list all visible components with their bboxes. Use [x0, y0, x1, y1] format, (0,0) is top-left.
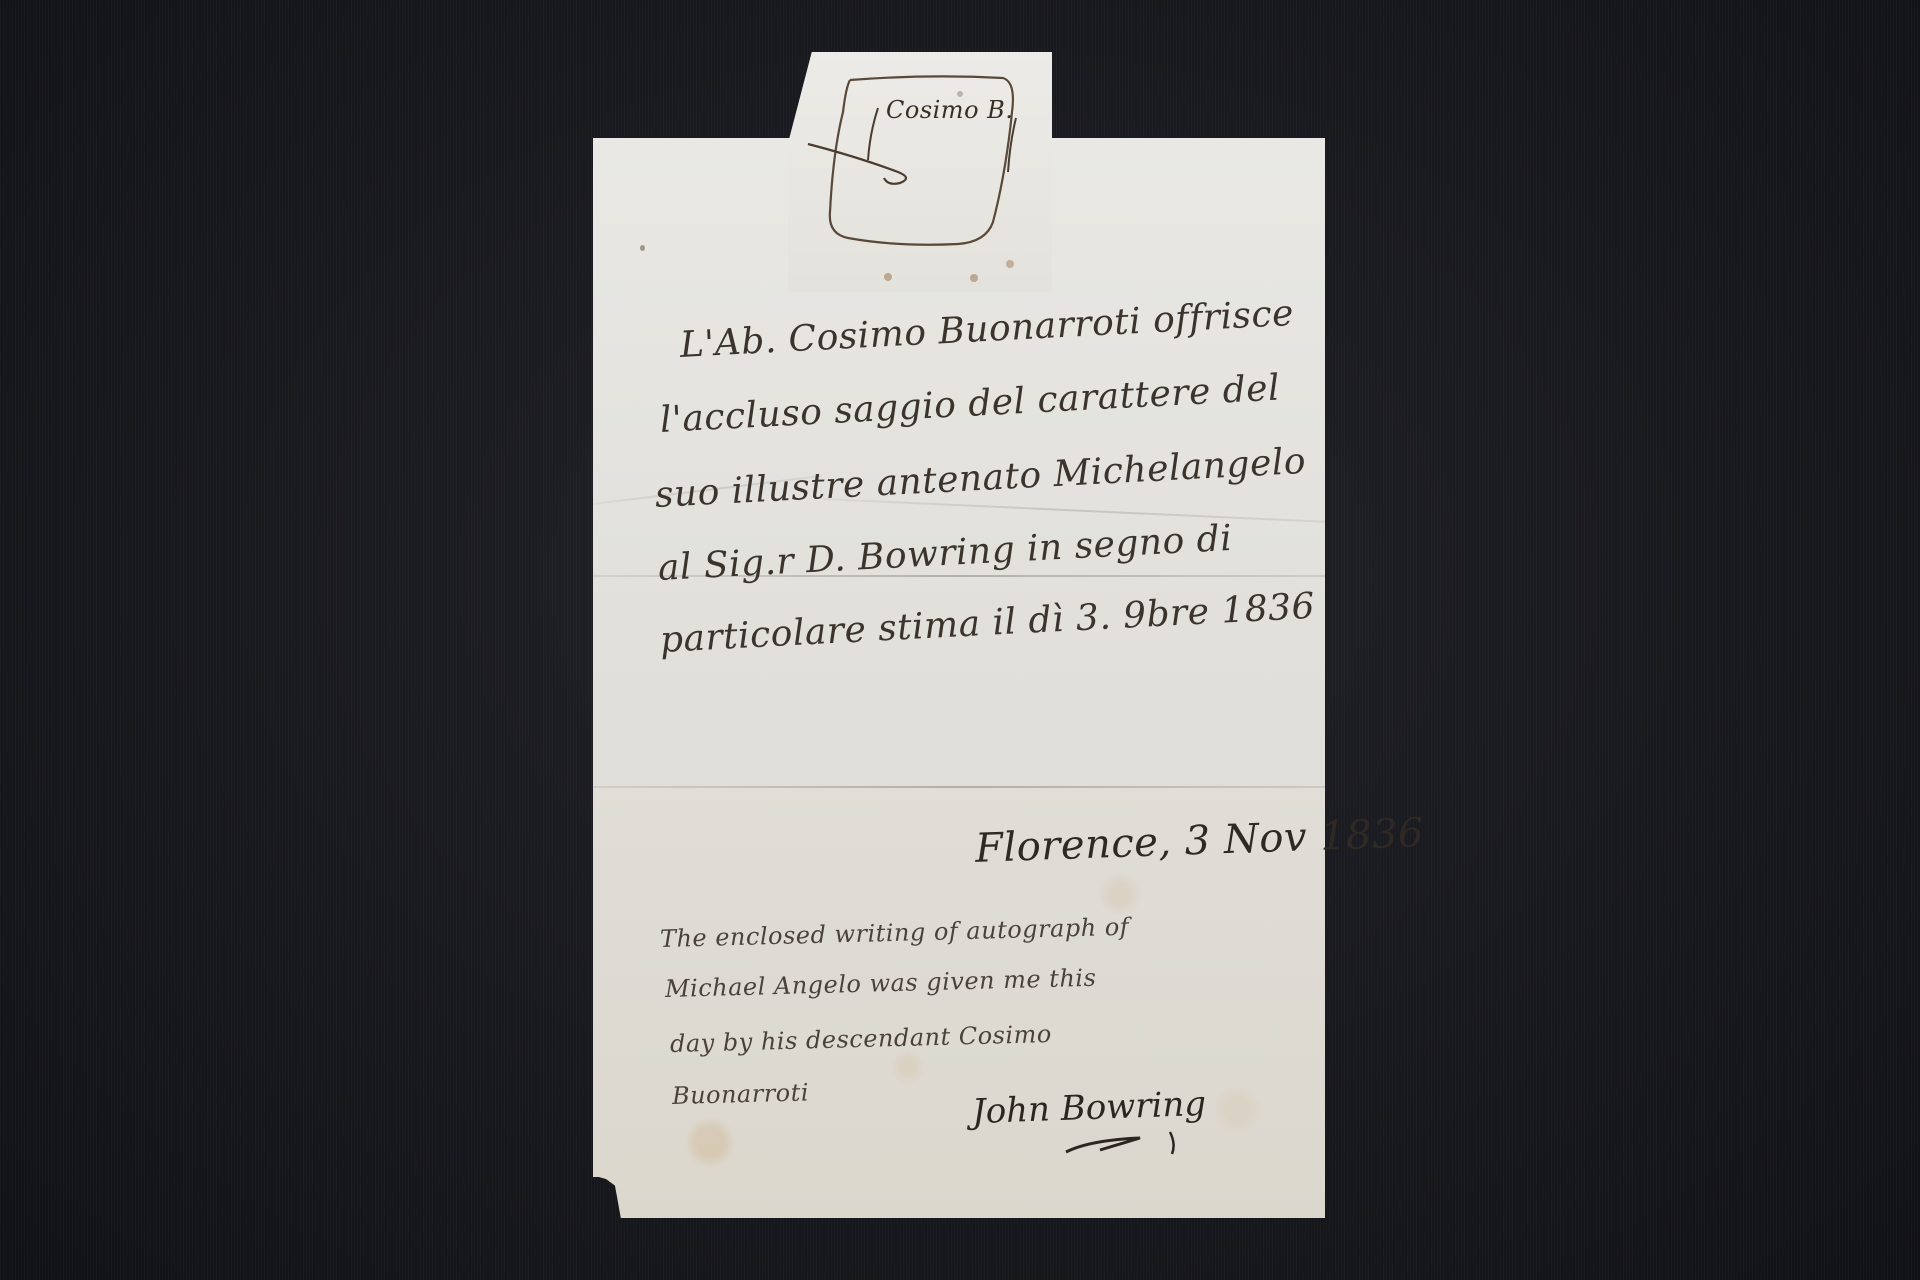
signature-flourish-icon: [1060, 1130, 1190, 1160]
signature: John Bowring: [971, 1084, 1206, 1132]
english-note-line: Buonarroti: [672, 1078, 810, 1110]
ink-speck: [640, 245, 645, 251]
slip-autograph-text: Cosimo B.: [886, 96, 1013, 124]
autograph-sketch-icon: [788, 52, 1052, 292]
mounted-autograph-slip: Cosimo B.: [788, 52, 1052, 292]
fold-crease: [593, 786, 1325, 788]
